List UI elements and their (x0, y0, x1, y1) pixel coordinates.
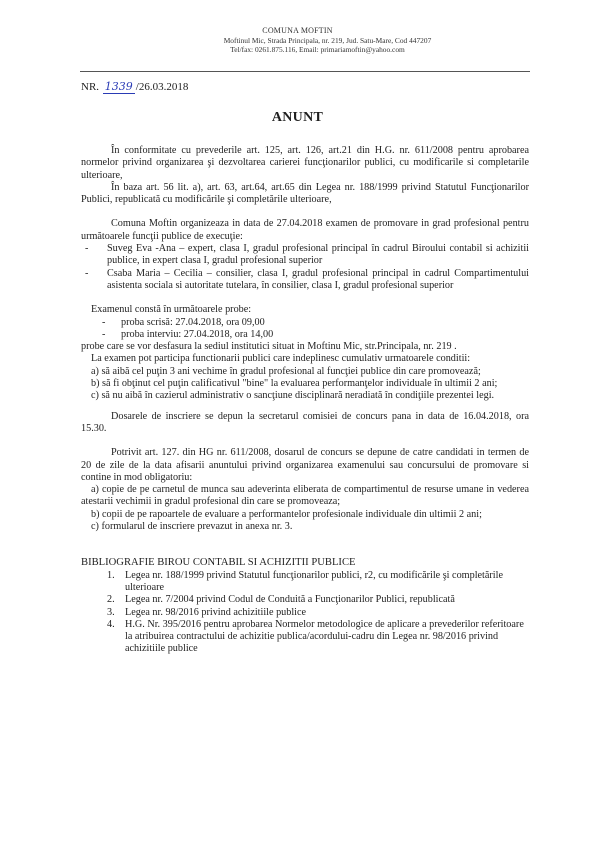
letterhead-contact: Tel/fax: 0261.875.116, Email: primariamo… (0, 45, 595, 55)
list-item: -proba interviu: 27.04.2018, ora 14,00 (81, 329, 529, 341)
registration-prefix: NR. (81, 81, 99, 93)
condition-a: a) să aibă cel puţin 3 ani vechime în gr… (81, 366, 529, 378)
exam-announcement: Comuna Moftin organizeaza in data de 27.… (81, 218, 529, 243)
document-body: În conformitate cu prevederile art. 125,… (81, 145, 529, 656)
deadline-paragraph: Dosarele de inscriere se depun la secret… (81, 411, 529, 436)
dash-bullet-icon: - (102, 329, 105, 341)
condition-c: c) să nu aibă în cazierul administrativ … (81, 390, 529, 402)
registration-number: NR. 1339/26.03.2018 (81, 80, 188, 94)
dash-bullet-icon: - (85, 243, 88, 255)
list-item: 3.Legea nr. 98/2016 privind achizitiile … (81, 607, 529, 619)
dossier-item-b: b) copii de pe rapoartele de evaluare a … (81, 509, 529, 521)
condition-b: b) să fi obţinut cel puţin calificativul… (81, 378, 529, 390)
exam-intro: Examenul constă în următoarele probe: (81, 304, 529, 316)
list-item: 1.Legea nr. 188/1999 privind Statutul fu… (81, 570, 529, 595)
positions-list: -Suveg Eva -Ana – expert, clasa I, gradu… (81, 243, 529, 292)
list-item: -Suveg Eva -Ana – expert, clasa I, gradu… (81, 243, 529, 268)
list-item: -proba scrisă: 27.04.2018, ora 09,00 (81, 317, 529, 329)
dossier-intro: Potrivit art. 127. din HG nr. 611/2008, … (81, 447, 529, 484)
exam-tests-list: -proba scrisă: 27.04.2018, ora 09,00 -pr… (81, 317, 529, 342)
intro-paragraph-2: În baza art. 56 lit. a), art. 63, art.64… (81, 182, 529, 207)
page-title: ANUNT (0, 110, 595, 126)
handwritten-number: 1339 (103, 80, 135, 94)
dossier-item-c: c) formularul de inscriere prevazut in a… (81, 521, 529, 533)
exam-location: probe care se vor desfasura la sediul in… (81, 341, 529, 353)
dossier-item-a: a) copie de pe carnetul de munca sau ade… (81, 484, 529, 509)
dash-bullet-icon: - (102, 317, 105, 329)
list-item: -Csaba Maria – Cecilia – consilier, clas… (81, 268, 529, 293)
registration-date: /26.03.2018 (136, 81, 189, 93)
letterhead-address: Moftinul Mic, Strada Principala, nr. 219… (0, 36, 595, 46)
conditions-intro: La examen pot participa functionarii pub… (81, 353, 529, 365)
list-item: 2.Legea nr. 7/2004 privind Codul de Cond… (81, 594, 529, 606)
list-item: 4.H.G. Nr. 395/2016 pentru aprobarea Nor… (81, 619, 529, 656)
letterhead: COMUNA MOFTIN Moftinul Mic, Strada Princ… (0, 26, 595, 55)
intro-paragraph-1: În conformitate cu prevederile art. 125,… (81, 145, 529, 182)
dash-bullet-icon: - (85, 268, 88, 280)
letterhead-org: COMUNA MOFTIN (0, 26, 595, 36)
header-divider (80, 71, 530, 72)
bibliography-title: BIBLIOGRAFIE BIROU CONTABIL SI ACHIZITII… (81, 557, 529, 569)
bibliography-list: 1.Legea nr. 188/1999 privind Statutul fu… (81, 570, 529, 656)
